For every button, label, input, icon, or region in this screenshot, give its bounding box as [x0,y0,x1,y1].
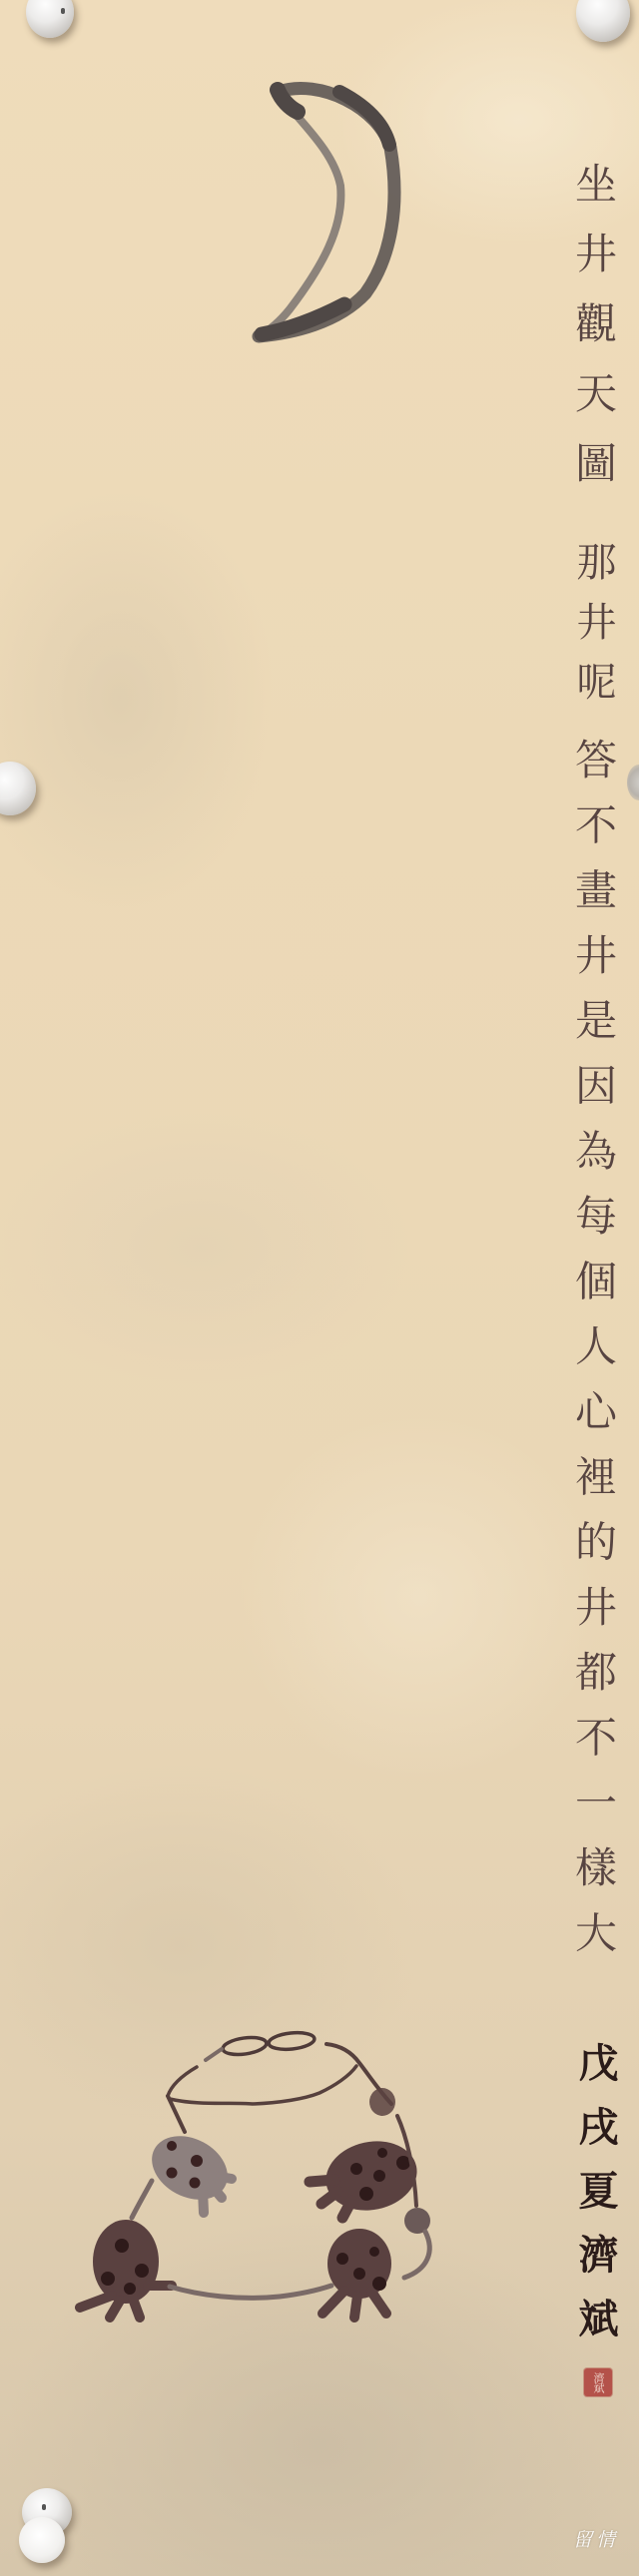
artist-signature: 戊戌夏濟斌 [569,2042,621,2361]
ink-drawings [0,0,639,2576]
watermark: 留情 [573,2525,619,2552]
frog-icon [80,2031,430,2318]
inscription-title: 坐井觀天圖 [567,162,619,511]
crescent-moon-icon [259,89,394,336]
painting-scroll: 坐井觀天圖 那井呢 答不畫井是因為每個人心裡的井都不一樣大 戊戌夏濟斌 濟斌 留… [0,0,639,2576]
inscription-question: 那井呢 [567,541,619,721]
inscription-answer: 答不畫井是因為每個人心裡的井都不一樣大 [567,738,619,1976]
seal-text: 濟斌 [592,2372,604,2392]
artist-seal: 濟斌 [584,2368,612,2396]
